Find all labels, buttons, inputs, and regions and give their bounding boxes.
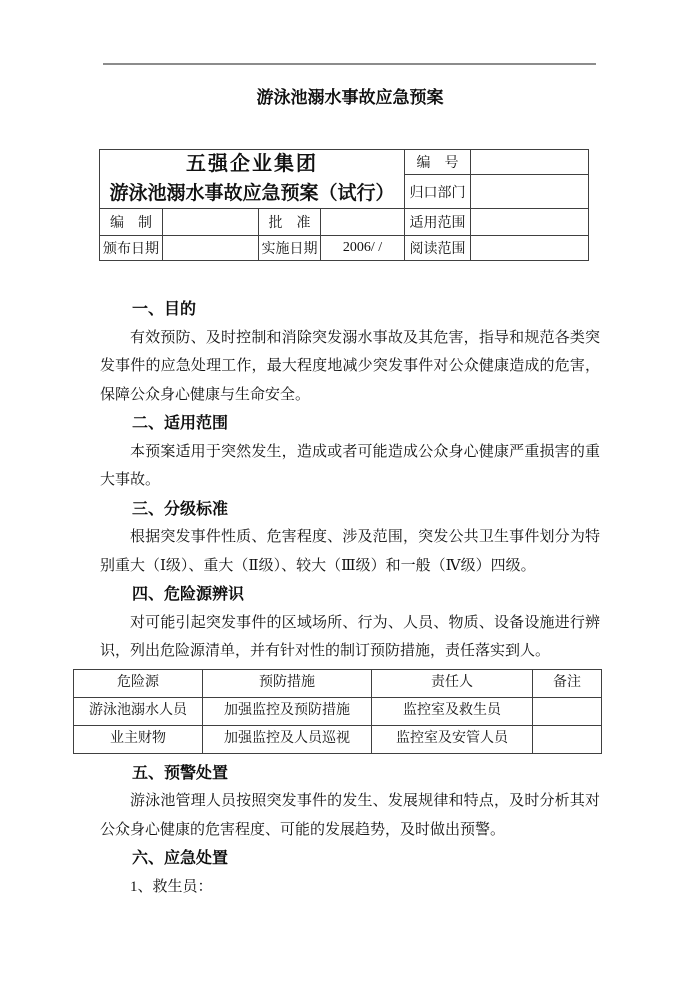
hazard-cell-responsible: 监控室及安管人员 (372, 725, 533, 753)
section-heading-purpose: 一、目的 (100, 295, 600, 324)
section-paragraph-hazard-identification: 对可能引起突发事件的区域场所、行为、人员、物质、设备设施进行辨识，列出危险源清单… (100, 609, 600, 666)
section-heading-warning: 五、预警处置 (100, 759, 600, 788)
doc-subtitle: 游泳池溺水事故应急预案（试行） (103, 179, 401, 208)
label-department: 归口部门 (405, 175, 471, 209)
hazard-col-responsible: 责任人 (372, 669, 533, 697)
org-title-cell: 五强企业集团 游泳池溺水事故应急预案（试行） (100, 150, 405, 209)
meta-row-1: 五强企业集团 游泳池溺水事故应急预案（试行） 编 号 (100, 150, 589, 175)
label-number: 编 号 (405, 150, 471, 175)
hazard-col-prevention: 预防措施 (203, 669, 372, 697)
section-heading-grading: 三、分级标准 (100, 495, 600, 524)
label-apply-scope: 适用范围 (405, 209, 471, 236)
label-compiler: 编 制 (100, 209, 163, 236)
label-read-scope: 阅读范围 (405, 236, 471, 261)
field-read-scope (471, 236, 589, 261)
field-compiler (163, 209, 259, 236)
section-heading-hazard-identification: 四、危险源辨识 (100, 580, 600, 609)
label-approver: 批 准 (259, 209, 321, 236)
hazard-cell-remark (533, 697, 602, 725)
hazard-cell-remark (533, 725, 602, 753)
hazard-table-header-row: 危险源 预防措施 责任人 备注 (74, 669, 602, 697)
page-title: 游泳池溺水事故应急预案 (0, 86, 700, 110)
hazard-table: 危险源 预防措施 责任人 备注 游泳池溺水人员 加强监控及预防措施 监控室及救生… (73, 669, 602, 754)
section-paragraph-grading: 根据突发事件性质、危害程度、涉及范围，突发公共卫生事件划分为特别重大（Ⅰ级）、重… (100, 523, 600, 580)
field-impl-date: 2006/ / (321, 236, 405, 261)
document-page: 游泳池溺水事故应急预案 五强企业集团 游泳池溺水事故应急预案（试行） 编 号 归… (0, 0, 700, 990)
hazard-cell-source: 游泳池溺水人员 (74, 697, 203, 725)
header-rule (103, 63, 596, 65)
meta-row-4: 颁布日期 实施日期 2006/ / 阅读范围 (100, 236, 589, 261)
hazard-col-remark: 备注 (533, 669, 602, 697)
section-heading-response: 六、应急处置 (100, 844, 600, 873)
label-issue-date: 颁布日期 (100, 236, 163, 261)
hazard-table-row: 游泳池溺水人员 加强监控及预防措施 监控室及救生员 (74, 697, 602, 725)
field-issue-date (163, 236, 259, 261)
field-apply-scope (471, 209, 589, 236)
hazard-cell-responsible: 监控室及救生员 (372, 697, 533, 725)
hazard-cell-prevention: 加强监控及人员巡视 (203, 725, 372, 753)
company-name: 五强企业集团 (103, 150, 401, 179)
hazard-cell-prevention: 加强监控及预防措施 (203, 697, 372, 725)
header-meta-table: 五强企业集团 游泳池溺水事故应急预案（试行） 编 号 归口部门 编 制 批 准 … (99, 149, 589, 261)
section-paragraph-scope: 本预案适用于突然发生，造成或者可能造成公众身心健康严重损害的重大事故。 (100, 438, 600, 495)
field-department (471, 175, 589, 209)
section-heading-scope: 二、适用范围 (100, 409, 600, 438)
section-paragraph-response: 1、救生员： (100, 873, 600, 902)
label-impl-date: 实施日期 (259, 236, 321, 261)
meta-row-3: 编 制 批 准 适用范围 (100, 209, 589, 236)
field-number (471, 150, 589, 175)
hazard-cell-source: 业主财物 (74, 725, 203, 753)
field-approver (321, 209, 405, 236)
hazard-table-row: 业主财物 加强监控及人员巡视 监控室及安管人员 (74, 725, 602, 753)
hazard-col-source: 危险源 (74, 669, 203, 697)
section-paragraph-warning: 游泳池管理人员按照突发事件的发生、发展规律和特点，及时分析其对公众身心健康的危害… (100, 787, 600, 844)
section-paragraph-purpose: 有效预防、及时控制和消除突发溺水事故及其危害，指导和规范各类突发事件的应急处理工… (100, 324, 600, 410)
document-body: 一、目的 有效预防、及时控制和消除突发溺水事故及其危害，指导和规范各类突发事件的… (100, 295, 600, 901)
